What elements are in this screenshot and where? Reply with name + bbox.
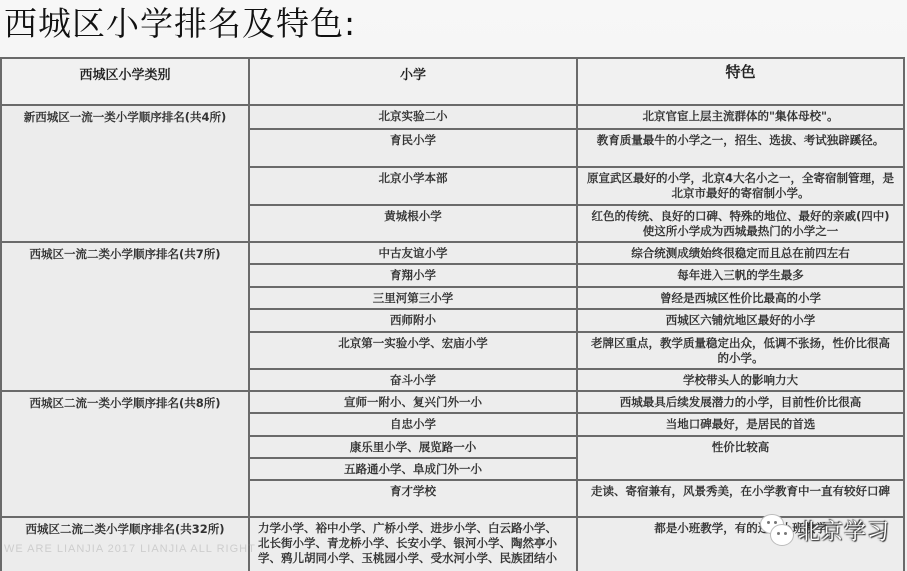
school-cell: 育民小学 bbox=[249, 129, 577, 167]
feature-cell: 学校带头人的影响力大 bbox=[577, 369, 904, 391]
feature-cell: 原宣武区最好的小学，北京4大名小之一，全寄宿制管理，是北京市最好的寄宿制小学。 bbox=[577, 167, 904, 205]
school-cell: 宣师一附小、复兴门外一小 bbox=[249, 391, 577, 413]
feature-cell: 教育质量最牛的小学之一，招生、选拔、考试独辟蹊径。 bbox=[577, 129, 904, 167]
category-cell: 西城区二流一类小学顺序排名(共8所) bbox=[1, 391, 249, 517]
school-ranking-table: 西城区小学类别 小学 特色 新西城区一流一类小学顺序排名(共4所) 北京实验二小… bbox=[0, 57, 905, 571]
school-cell: 育才学校 bbox=[249, 480, 577, 517]
feature-cell: 西城最具后续发展潜力的小学，目前性价比很高 bbox=[577, 391, 904, 413]
feature-cell: 当地口碑最好，是居民的首选 bbox=[577, 413, 904, 436]
school-cell: 力学小学、裕中小学、广桥小学、进步小学、白云路小学、北长街小学、青龙桥小学、长安… bbox=[249, 517, 577, 571]
feature-cell: 北京官宦上层主流群体的"集体母校"。 bbox=[577, 105, 904, 129]
school-cell: 北京实验二小 bbox=[249, 105, 577, 129]
feature-cell: 每年进入三帆的学生最多 bbox=[577, 264, 904, 287]
school-cell: 黄城根小学 bbox=[249, 205, 577, 242]
table-header-row: 西城区小学类别 小学 特色 bbox=[1, 58, 904, 105]
school-cell: 中古友谊小学 bbox=[249, 242, 577, 264]
school-cell: 北京第一实验小学、宏庙小学 bbox=[249, 332, 577, 369]
wechat-watermark: 北京学习 bbox=[758, 512, 890, 548]
school-cell: 自忠小学 bbox=[249, 413, 577, 436]
school-cell: 康乐里小学、展览路一小 bbox=[249, 436, 577, 458]
category-cell: 西城区一流二类小学顺序排名(共7所) bbox=[1, 242, 249, 391]
header-feature: 特色 bbox=[577, 58, 904, 105]
feature-cell: 老牌区重点，教学质量稳定出众，低调不张扬，性价比很高的小学。 bbox=[577, 332, 904, 369]
page-title: 西城区小学排名及特色: bbox=[4, 2, 356, 46]
watermark-text: WE ARE LIANJIA 2017 LIANJIA ALL RIGHT bbox=[4, 543, 256, 555]
school-cell: 西师附小 bbox=[249, 309, 577, 332]
category-cell: 新西城区一流一类小学顺序排名(共4所) bbox=[1, 105, 249, 242]
header-category: 西城区小学类别 bbox=[1, 58, 249, 105]
header-school: 小学 bbox=[249, 58, 577, 105]
wechat-account-name: 北京学习 bbox=[798, 515, 890, 546]
table-row: 西城区二流一类小学顺序排名(共8所) 宣师一附小、复兴门外一小 西城最具后续发展… bbox=[1, 391, 904, 413]
school-cell: 奋斗小学 bbox=[249, 369, 577, 391]
school-cell: 三里河第三小学 bbox=[249, 287, 577, 309]
feature-cell: 性价比较高 bbox=[577, 436, 904, 480]
school-cell: 五路通小学、阜成门外一小 bbox=[249, 458, 577, 480]
feature-cell: 曾经是西城区性价比最高的小学 bbox=[577, 287, 904, 309]
feature-cell: 红色的传统、良好的口碑、特殊的地位、最好的亲戚(四中)使这所小学成为西城最热门的… bbox=[577, 205, 904, 242]
wechat-icon bbox=[758, 512, 796, 548]
school-cell: 育翔小学 bbox=[249, 264, 577, 287]
table-row: 新西城区一流一类小学顺序排名(共4所) 北京实验二小 北京官宦上层主流群体的"集… bbox=[1, 105, 904, 129]
school-cell: 北京小学本部 bbox=[249, 167, 577, 205]
feature-cell: 西城区六铺炕地区最好的小学 bbox=[577, 309, 904, 332]
page: 西城区小学排名及特色: 西城区小学类别 小学 特色 新西城区一流一类小学顺序排名… bbox=[0, 0, 907, 571]
feature-cell: 综合统测成绩始终很稳定而且总在前四左右 bbox=[577, 242, 904, 264]
table-row: 西城区一流二类小学顺序排名(共7所) 中古友谊小学 综合统测成绩始终很稳定而且总… bbox=[1, 242, 904, 264]
